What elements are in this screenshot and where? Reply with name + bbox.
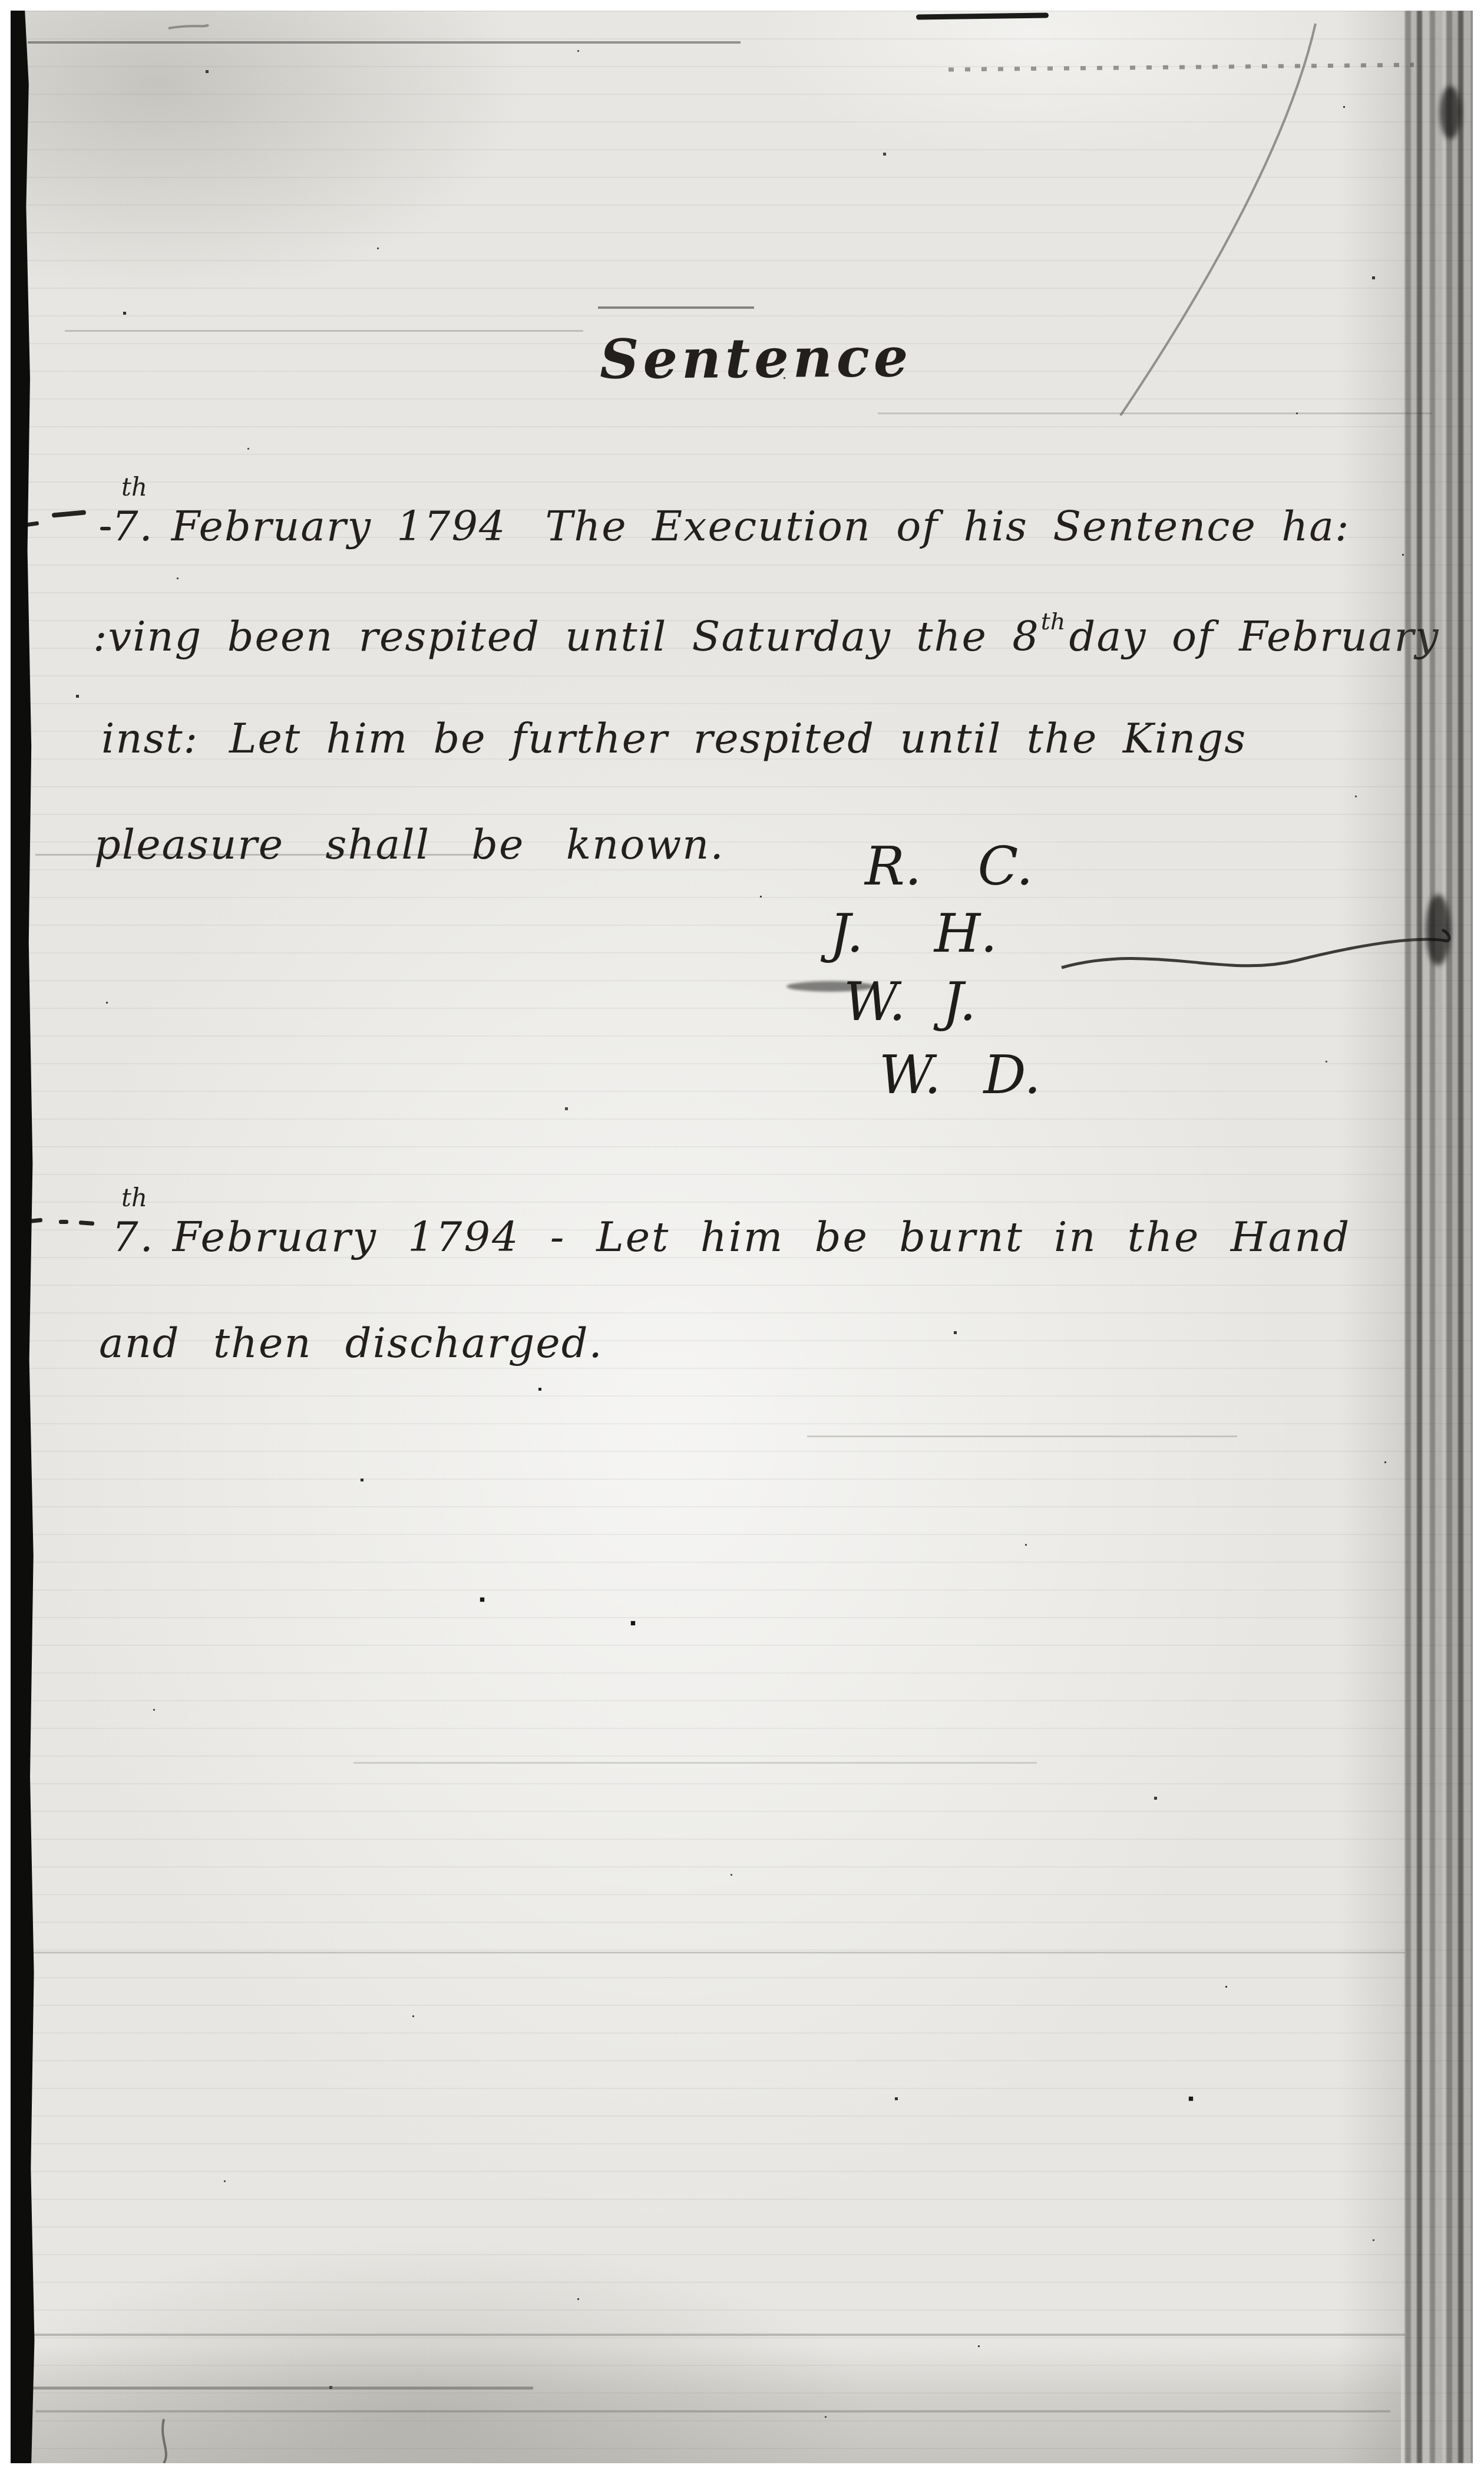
- rule-line: [65, 330, 583, 332]
- scanned-manuscript-page: Sentence th7.February 1794The Execution …: [11, 11, 1473, 2463]
- entry1-date-day: th7.: [112, 502, 154, 550]
- entry1-date-superscript: th: [121, 473, 147, 501]
- signature-initials-row: R.C.: [865, 836, 1033, 897]
- margin-dash: [59, 1220, 68, 1224]
- entry1-line3-label: inst:: [101, 714, 199, 763]
- small-crease-mark: [168, 25, 209, 28]
- entry2-line1: th7.February 1794 -Let him be burnt in t…: [112, 1213, 1351, 1261]
- entry2-date: February 1794 -: [173, 1213, 566, 1261]
- entry1-line3: inst:Let him be further respited until t…: [101, 714, 1247, 763]
- margin-dash: [79, 1220, 94, 1226]
- rule-line: [807, 1435, 1237, 1437]
- bottom-stain: [11, 2345, 1401, 2463]
- rule-line: [353, 1762, 1037, 1764]
- document-title: Sentence: [600, 325, 913, 391]
- entry1-date: February 1794: [171, 502, 507, 550]
- entry2-line2: and then discharged.: [99, 1319, 603, 1367]
- margin-dash: [52, 510, 86, 517]
- signature-initials-row: W.J.: [844, 971, 976, 1033]
- entry2-date-day: th7.: [112, 1213, 155, 1261]
- entry1-line4: pleasure shall be known.: [94, 820, 725, 869]
- rule-line: [15, 2334, 1405, 2336]
- binding-dark-spot: [1440, 86, 1461, 139]
- rule-line: [28, 41, 741, 44]
- entry1-line2: :ving been respited until Saturday the 8…: [93, 608, 1439, 661]
- binding-dark-spot: [1426, 895, 1450, 965]
- entry2-line1-text: Let him be burnt in the Hand: [596, 1213, 1351, 1261]
- entry1-line1: th7.February 1794The Execution of his Se…: [112, 502, 1350, 550]
- entry1-line2-superscript: th: [1041, 608, 1066, 635]
- initial-first: W.: [879, 1044, 941, 1106]
- initial-second: D.: [983, 1044, 1041, 1106]
- top-edge-ink-mark: [916, 12, 1049, 19]
- rule-line: [15, 1952, 1405, 1953]
- page-crease-line: [1121, 24, 1316, 415]
- initial-first: J.: [829, 903, 864, 965]
- book-binding-edge: [1401, 11, 1473, 2463]
- initial-second: C.: [977, 836, 1033, 897]
- entry2-date-superscript: th: [121, 1183, 147, 1212]
- initial-first: R.: [865, 836, 921, 897]
- torn-left-edge: [11, 11, 37, 2463]
- rule-line: [598, 306, 754, 309]
- initial-first: W.: [844, 971, 905, 1033]
- entry1-line2-text: :ving been respited until Saturday the 8: [93, 612, 1040, 661]
- signature-initials-row: J.H.: [829, 903, 997, 965]
- initial-second: J.: [942, 971, 976, 1033]
- entry2-line2-text: and then discharged.: [99, 1319, 603, 1367]
- margin-dash: [100, 527, 111, 530]
- entry1-line3-text: Let him be further respited until the Ki…: [229, 714, 1247, 763]
- entry1-line4-text: pleasure shall be known.: [94, 820, 725, 869]
- entry1-line1-text: The Execution of his Sentence ha:: [545, 502, 1350, 550]
- initial-second: H.: [934, 903, 997, 965]
- signature-initials-row: W.D.: [879, 1044, 1041, 1106]
